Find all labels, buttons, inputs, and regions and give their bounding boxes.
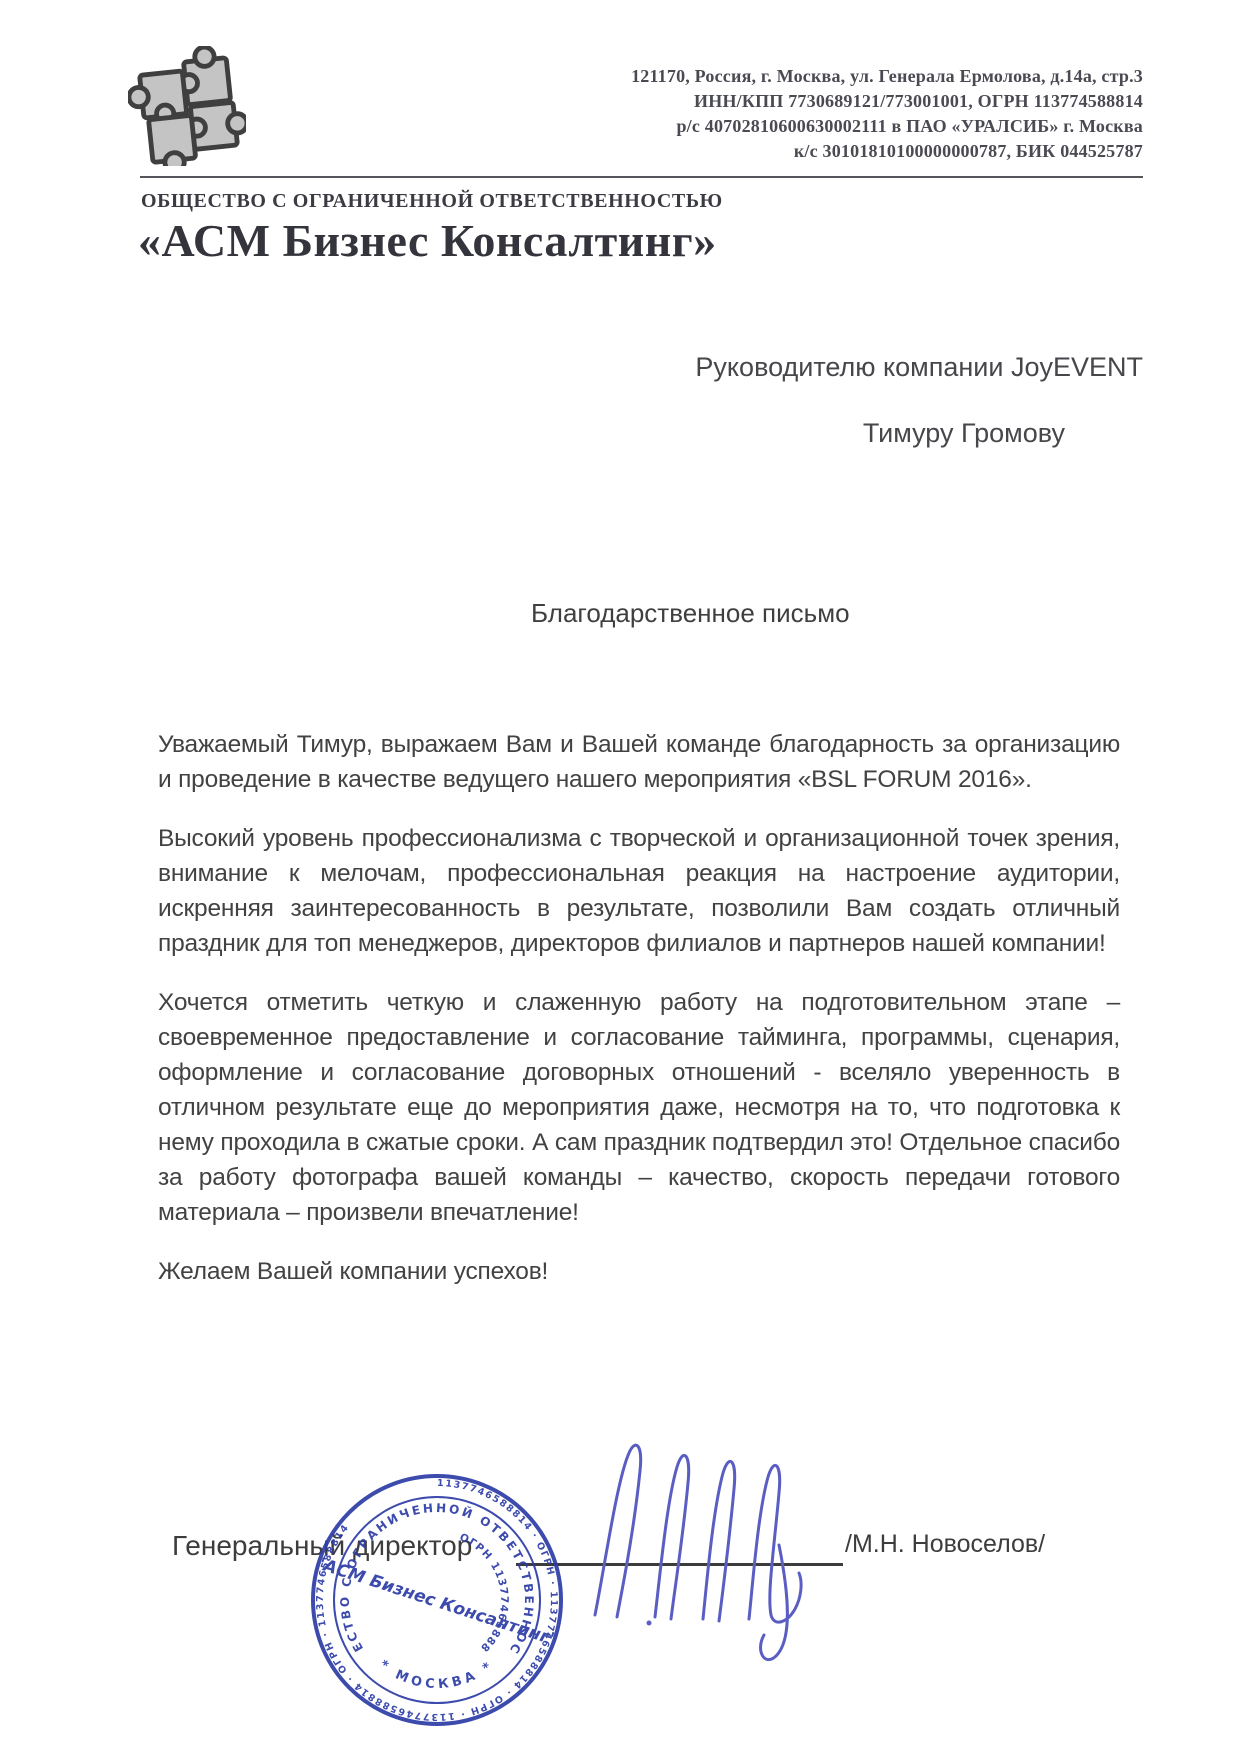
- stamp-city-text: * МОСКВА *: [376, 1657, 497, 1692]
- letterhead-detail-line: 121170, Россия, г. Москва, ул. Генерала …: [631, 64, 1143, 89]
- letter-body: Уважаемый Тимур, выражаем Вам и Вашей ко…: [158, 727, 1120, 1313]
- body-paragraph: Уважаемый Тимур, выражаем Вам и Вашей ко…: [158, 727, 1120, 797]
- addressee-line: Руководителю компании JoyEVENT: [695, 352, 1143, 383]
- scanned-letter-page: 121170, Россия, г. Москва, ул. Генерала …: [0, 0, 1240, 1753]
- company-round-stamp: 1137746588814 · ОГРН · 1137746588814 · О…: [302, 1465, 572, 1735]
- body-paragraph: Высокий уровень профессионализма с творч…: [158, 821, 1120, 961]
- letter-title: Благодарственное письмо: [531, 598, 850, 629]
- letterhead-divider: [140, 176, 1143, 178]
- puzzle-pieces-logo: [128, 46, 246, 166]
- letterhead-detail-line: р/с 40702810600630002111 в ПАО «УРАЛСИБ»…: [631, 114, 1143, 139]
- company-name: «АСМ Бизнес Консалтинг»: [138, 214, 717, 267]
- addressee-name: Тимуру Громову: [863, 418, 1065, 449]
- letterhead-detail-line: ИНН/КПП 7730689121/773001001, ОГРН 11377…: [631, 89, 1143, 114]
- letterhead-detail-line: к/с 30101810100000000787, БИК 044525787: [631, 139, 1143, 164]
- handwritten-signature: [555, 1425, 825, 1675]
- signer-name: /М.Н. Новоселов/: [845, 1530, 1045, 1559]
- body-paragraph: Желаем Вашей компании успехов!: [158, 1254, 1120, 1289]
- body-paragraph: Хочется отметить четкую и слаженную рабо…: [158, 985, 1120, 1230]
- org-type-caption: ОБЩЕСТВО С ОГРАНИЧЕННОЙ ОТВЕТСТВЕННОСТЬЮ: [141, 190, 723, 213]
- letterhead-details: 121170, Россия, г. Москва, ул. Генерала …: [631, 64, 1143, 164]
- puzzle-piece: [149, 115, 197, 166]
